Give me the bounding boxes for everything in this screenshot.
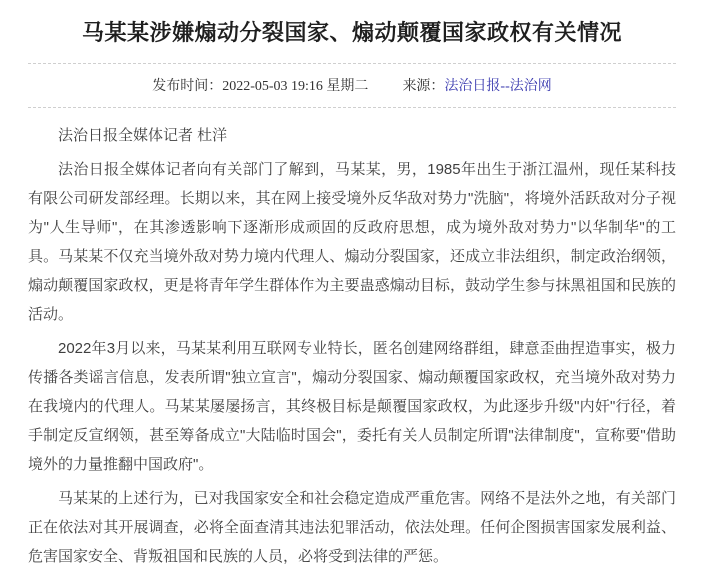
article-meta: 发布时间：2022-05-03 19:16 星期二 来源：法治日报--法治网 xyxy=(28,64,676,107)
source-label: 来源： xyxy=(402,79,444,94)
publish-time: 发布时间：2022-05-03 19:16 星期二 xyxy=(152,75,368,95)
article-body: 法治日报全媒体记者 杜洋 法治日报全媒体记者向有关部门了解到，马某某，男，198… xyxy=(28,108,676,564)
article-title: 马某某涉嫌煽动分裂国家、煽动颠覆国家政权有关情况 xyxy=(28,18,676,48)
source-link[interactable]: 法治日报--法治网 xyxy=(444,79,551,94)
paragraph: 法治日报全媒体记者向有关部门了解到，马某某，男，1985年出生于浙江温州，现任某… xyxy=(28,155,676,329)
paragraph: 2022年3月以来，马某某利用互联网专业特长，匿名创建网络群组，肆意歪曲捏造事实… xyxy=(28,334,676,479)
paragraph: 马某某的上述行为，已对我国家安全和社会稳定造成严重危害。网络不是法外之地，有关部… xyxy=(28,484,676,564)
byline: 法治日报全媒体记者 杜洋 xyxy=(28,121,676,150)
source-field: 来源：法治日报--法治网 xyxy=(402,75,551,95)
article-page: 马某某涉嫌煽动分裂国家、煽动颠覆国家政权有关情况 发布时间：2022-05-03… xyxy=(0,0,704,564)
